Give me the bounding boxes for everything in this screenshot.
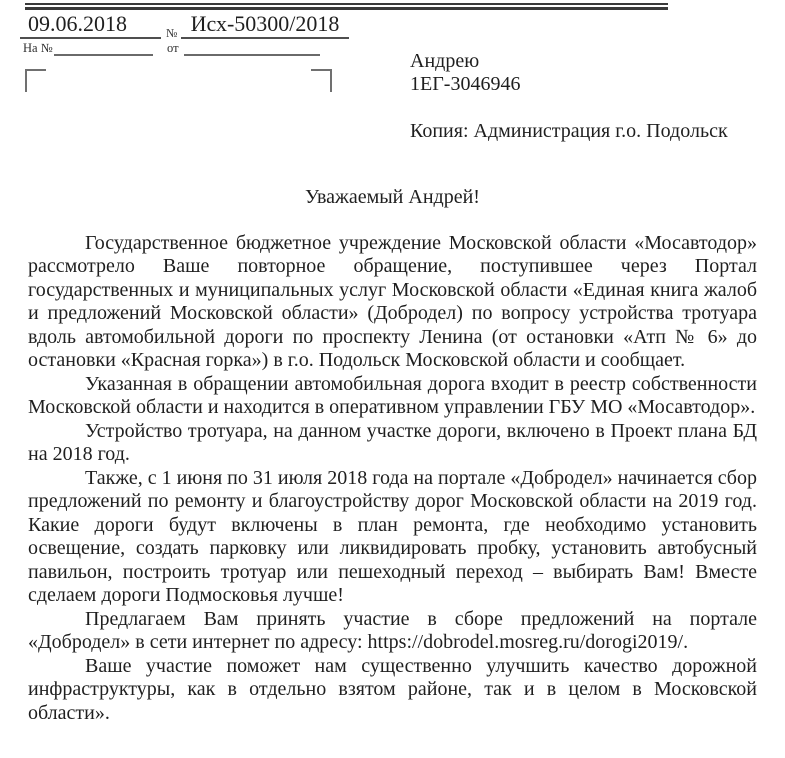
copy-line: Копия: Администрация г.о. Подольск xyxy=(410,120,728,143)
body-paragraph-4: Также, с 1 июня по 31 июля 2018 года на … xyxy=(28,467,757,608)
letter-page: 09.06.2018 № Исх-50300/2018 На № от Андр… xyxy=(0,0,785,758)
letter-body: Уважаемый Андрей! Государственное бюджет… xyxy=(28,186,757,725)
header-double-rule xyxy=(25,3,668,10)
address-frame-corner-left xyxy=(25,69,46,92)
outgoing-number: Исх-50300/2018 xyxy=(191,11,340,36)
reply-from-label: от xyxy=(167,41,179,56)
body-paragraph-5: Предлагаем Вам принять участие в сборе п… xyxy=(28,608,757,655)
letter-date-field: 09.06.2018 xyxy=(20,11,161,39)
body-paragraph-1: Государственное бюджетное учреждение Мос… xyxy=(28,232,757,373)
body-paragraph-2: Указанная в обращении автомобильная доро… xyxy=(28,373,757,420)
recipient-case-number: 1ЕГ-3046946 xyxy=(410,73,728,96)
reply-date-blank-field xyxy=(184,41,320,56)
salutation: Уважаемый Андрей! xyxy=(28,186,757,210)
outgoing-number-field: Исх-50300/2018 xyxy=(181,11,349,39)
body-paragraph-6: Ваше участие поможет нам существенно улу… xyxy=(28,655,757,726)
reply-number-label: На № xyxy=(23,41,53,56)
address-frame-corner-right xyxy=(311,69,332,92)
recipient-name: Андрею xyxy=(410,50,728,73)
number-sign-label: № xyxy=(166,26,177,41)
body-paragraph-3: Устройство тротуара, на данном участке д… xyxy=(28,420,757,467)
reply-number-blank-field xyxy=(54,41,153,56)
letter-date: 09.06.2018 xyxy=(28,11,127,36)
recipient-block: Андрею 1ЕГ-3046946 Копия: Администрация … xyxy=(410,50,728,143)
